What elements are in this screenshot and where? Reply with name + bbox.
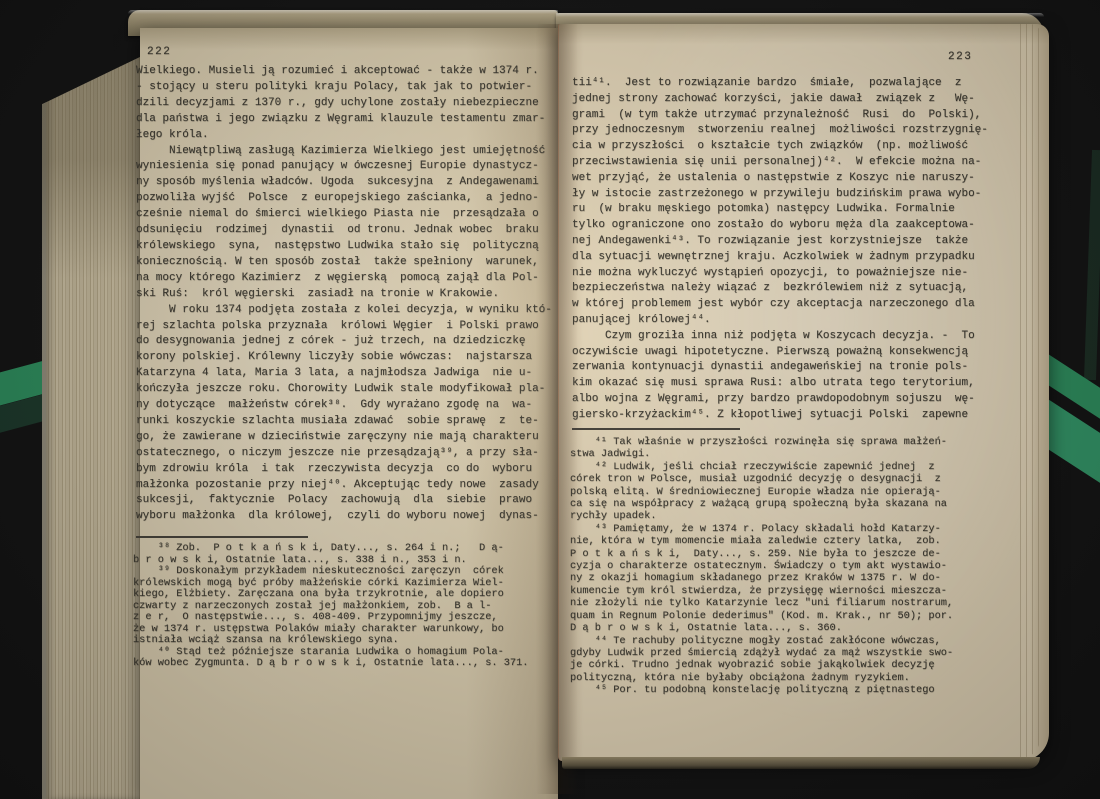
- open-book: 222 223 Wielkiego. Musieli ją rozumieć i…: [0, 0, 1100, 799]
- left-page-body-text: Wielkiego. Musieli ją rozumieć i akcepto…: [136, 64, 552, 525]
- right-page-footnotes: ⁴¹ Tak właśnie w przyszłości rozwinęła s…: [570, 436, 953, 697]
- page-number-left: 222: [147, 46, 171, 58]
- left-page-footnotes: ³⁸ Zob. P o t k a ń s k i, Daty..., s. 2…: [133, 543, 528, 670]
- book-bottom-edge: [562, 757, 1040, 769]
- right-footnote-divider: [572, 428, 740, 430]
- page-crease-lines: [1015, 24, 1041, 761]
- page-number-right: 223: [948, 51, 972, 63]
- left-footnote-divider: [136, 536, 308, 538]
- right-page-body-text: tii⁴¹. Jest to rozwiązanie bardzo śmiałe…: [572, 76, 988, 424]
- book-fore-edge-page-stack: [42, 56, 142, 799]
- book-scan-photo: 222 223 Wielkiego. Musieli ją rozumieć i…: [0, 0, 1100, 799]
